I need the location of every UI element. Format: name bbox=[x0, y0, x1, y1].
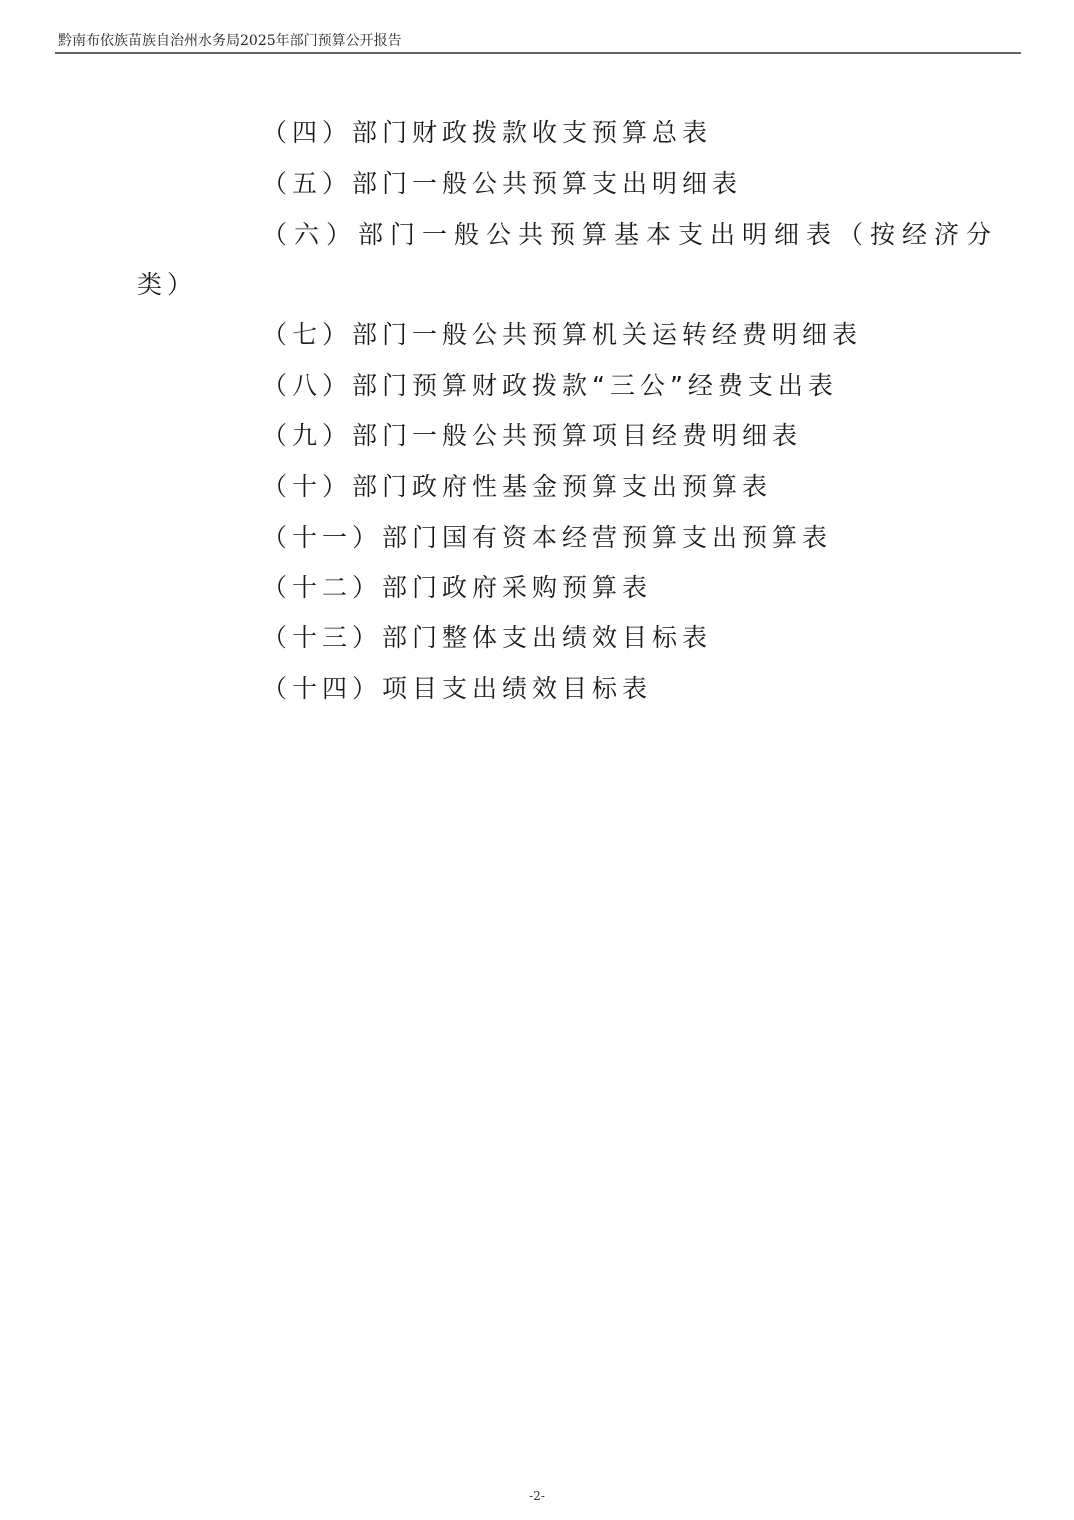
toc-item-7: （七）部门一般公共预算机关运转经费明细表 bbox=[262, 320, 862, 350]
toc-item-5: （五）部门一般公共预算支出明细表 bbox=[262, 169, 742, 199]
toc-item-4: （四）部门财政拨款收支预算总表 bbox=[262, 118, 712, 148]
toc-item-10: （十）部门政府性基金预算支出预算表 bbox=[262, 472, 772, 502]
toc-item-12: （十二）部门政府采购预算表 bbox=[262, 573, 652, 603]
toc-item-14: （十四）项目支出绩效目标表 bbox=[262, 674, 652, 704]
toc-item-11: （十一）部门国有资本经营预算支出预算表 bbox=[262, 523, 832, 553]
page-number: -2- bbox=[0, 1489, 1074, 1503]
header-divider bbox=[55, 52, 1021, 54]
toc-item-6: （六）部门一般公共预算基本支出明细表（按经济分 bbox=[262, 220, 998, 250]
toc-item-6-continuation: 类） bbox=[137, 270, 197, 300]
toc-item-9: （九）部门一般公共预算项目经费明细表 bbox=[262, 421, 802, 451]
toc-item-8: （八）部门预算财政拨款“三公”经费支出表 bbox=[262, 371, 838, 401]
toc-item-13: （十三）部门整体支出绩效目标表 bbox=[262, 623, 712, 653]
document-header-title: 黔南布依族苗族自治州水务局2025年部门预算公开报告 bbox=[58, 30, 402, 50]
